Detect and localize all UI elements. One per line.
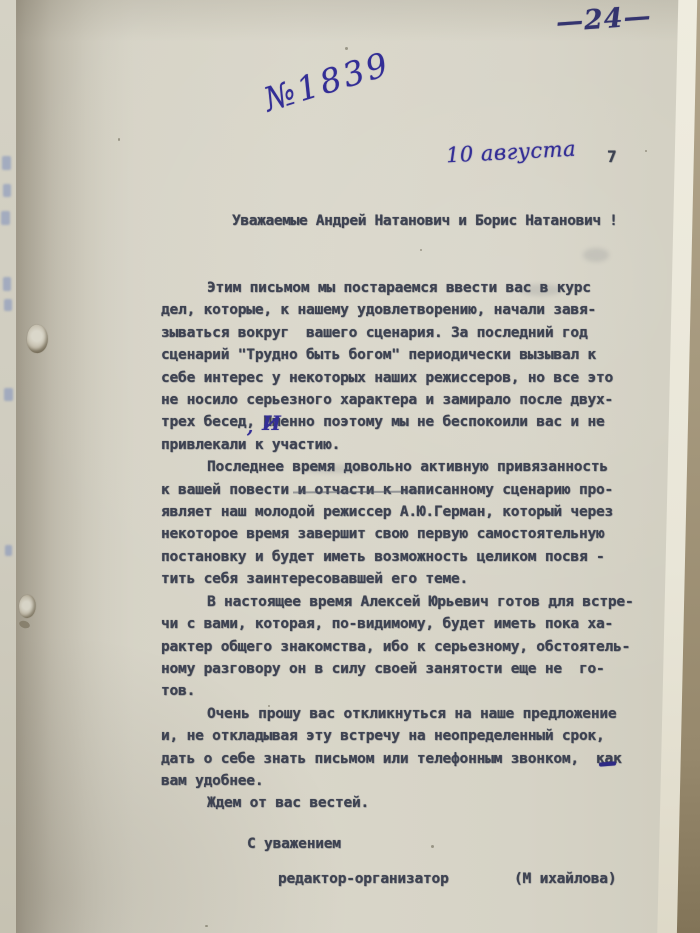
typed-line: Ждем от вас вестей. — [161, 792, 634, 814]
handwritten-registration-number: №1839 — [259, 44, 395, 119]
typed-line: дел, которые, к нашему удовлетворению, н… — [161, 299, 634, 321]
ink-smudge — [520, 284, 562, 296]
typed-line: Последнее время довольно активную привяз… — [161, 456, 634, 478]
typed-line: привлекали к участию. — [161, 434, 634, 456]
typed-line: ному разговору он в силу своей занятости… — [161, 658, 634, 680]
signature-name: (М ихайлова) — [514, 871, 616, 887]
typed-line: тов. — [161, 680, 634, 702]
typed-line: некоторое время завершит свою первую сам… — [161, 523, 634, 545]
ink-smudge — [583, 248, 609, 262]
ink-ghost-mark — [3, 277, 11, 291]
typed-line: Этим письмом мы постараемся ввести вас в… — [161, 277, 634, 299]
paper-speck — [431, 845, 434, 848]
typed-line: себе интерес у некоторых наших режиссеро… — [161, 367, 634, 389]
paper-speck — [205, 925, 208, 927]
typed-line: чи с вами, которая, по-видимому, будет и… — [161, 613, 634, 635]
typed-line: вам удобнее. — [161, 770, 634, 792]
typed-line: зываться вокруг вашего сценария. За посл… — [161, 322, 634, 344]
paper-speck — [596, 418, 598, 420]
typed-line: Очень прошу вас откликнуться на наше пре… — [161, 703, 634, 725]
typed-line: тить себя заинтересовавшей его теме. — [161, 568, 634, 590]
paper-speck — [118, 138, 120, 141]
typed-line: не носило серьезного характера и замирал… — [161, 389, 634, 411]
ink-ghost-mark — [3, 184, 11, 197]
typed-line: трех бесед, Именно поэтому мы не беспоко… — [161, 411, 634, 433]
scanned-letter-photo: —24— №1839 10 августа 7 Уважаемые Андрей… — [0, 0, 700, 933]
ink-ghost-mark — [2, 156, 11, 170]
typed-line: сценарий "Трудно быть богом" периодическ… — [161, 344, 634, 366]
closing-phrase: С уважением — [247, 836, 341, 852]
handwritten-date: 10 августа — [445, 137, 576, 168]
typed-line: рактер общего знакомства, ибо к серьезно… — [161, 636, 634, 658]
ink-ghost-mark — [5, 545, 12, 556]
paper-speck — [420, 249, 422, 251]
letter-page: —24— №1839 10 августа 7 Уважаемые Андрей… — [0, 0, 700, 933]
typed-line: и, не откладывая эту встречу на неопреде… — [161, 725, 634, 747]
typed-line: являет наш молодой режиссер А.Ю.Герман, … — [161, 501, 634, 523]
ink-smudge — [300, 465, 370, 473]
handwritten-page-number: —24— — [555, 1, 653, 39]
ink-ghost-mark — [4, 388, 13, 401]
ink-correction-capital-letter: И — [262, 411, 281, 435]
salutation: Уважаемые Андрей Натанович и Борис Натан… — [232, 213, 617, 229]
signature-role: редактор-организатор — [278, 871, 449, 887]
typed-line: постановку и будет иметь возможность цел… — [161, 546, 634, 568]
typed-line: В настоящее время Алексей Юрьевич готов … — [161, 591, 634, 613]
paper-speck — [345, 47, 348, 50]
ink-correction-comma: , — [247, 417, 253, 438]
ink-ghost-mark — [4, 299, 12, 311]
typed-date-digit: 7 — [607, 147, 616, 166]
typed-line: дать о себе знать письмом или телефонным… — [161, 748, 634, 770]
letter-body: Этим письмом мы постараемся ввести вас в… — [161, 277, 634, 815]
paper-speck — [645, 150, 647, 152]
ink-ghost-mark — [1, 211, 10, 225]
underlying-page-edge — [0, 0, 16, 933]
paper-speck — [268, 705, 270, 707]
